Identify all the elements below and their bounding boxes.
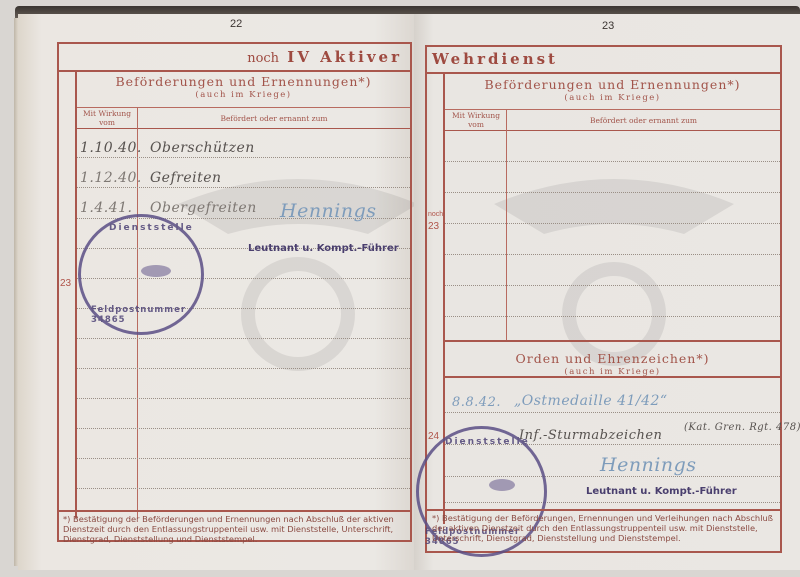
section-divider: [445, 340, 780, 342]
section-heading: Beförderungen und Ernennungen*) (auch im…: [445, 77, 780, 103]
row-line: [445, 223, 780, 224]
page-number: 23: [602, 20, 614, 32]
left-page: 22 noch IV Aktiver Beförderungen und Ern…: [18, 14, 414, 570]
title-divider: [57, 70, 412, 72]
header-prefix: noch: [247, 51, 279, 66]
margin-number: 24: [428, 431, 439, 442]
row-line: [445, 192, 780, 193]
row-line: [77, 368, 410, 369]
row-line: [445, 254, 780, 255]
section-title: Beförderungen und Ernennungen*): [445, 77, 780, 92]
col-header-date: Mit Wirkung vom: [445, 111, 507, 129]
margin-number: 23: [60, 278, 71, 289]
row-line: [77, 187, 410, 188]
page-header: noch IV Aktiver: [247, 48, 402, 66]
seal-top-text: Dienststelle: [109, 223, 194, 233]
awards-heading: Orden und Ehrenzeichen*) (auch im Kriege…: [445, 351, 780, 377]
row-line: [445, 285, 780, 286]
row-line: [77, 398, 410, 399]
rank-stamp: Leutnant u. Kompt.-Führer: [248, 243, 399, 254]
entry-rank: Oberschützen: [150, 140, 255, 156]
page-header-title: Wehrdienst: [432, 50, 558, 68]
section-heading: Beförderungen und Ernennungen*) (auch im…: [77, 74, 410, 100]
row-line: [77, 338, 410, 339]
awards-header-divider: [445, 376, 780, 378]
entry-rank: Gefreiten: [150, 170, 222, 186]
section-subtitle: (auch im Kriege): [445, 93, 780, 103]
margin-column-line: [75, 70, 77, 518]
footer-divider: [425, 509, 782, 511]
col-header-date-line2: vom: [445, 120, 507, 129]
row-line: [77, 428, 410, 429]
award-name: Inf.-Sturmabzeichen: [519, 428, 662, 443]
footer-divider: [57, 510, 412, 512]
entry-rank: Obergefreiten: [150, 200, 257, 216]
date-column-line: [506, 109, 507, 340]
award-name: „Ostmedaille 41/42“: [514, 393, 668, 409]
footnote: *) Bestätigung der Beförderungen und Ern…: [63, 514, 408, 544]
header-title: IV Aktiver: [287, 48, 402, 66]
section-title: Beförderungen und Ernennungen*): [77, 74, 410, 89]
signature: Hennings: [280, 200, 377, 222]
row-line: [445, 412, 780, 413]
entry-date: 1.12.40.: [80, 170, 142, 186]
margin-note: noch: [428, 211, 443, 218]
entry-date: 1.10.40.: [80, 140, 142, 156]
right-page: 23 Wehrdienst Beförderungen und Ernennun…: [414, 14, 800, 570]
award-date: 8.8.42.: [452, 395, 501, 410]
page-number: 22: [230, 18, 242, 30]
row-line: [77, 458, 410, 459]
eagle-emblem-icon: [141, 265, 171, 277]
col-header-date-line1: Mit Wirkung: [77, 109, 137, 118]
footnote: *) Bestätigung der Beförderungen, Ernenn…: [432, 513, 778, 543]
seal-top-text: Dienststelle: [445, 437, 530, 447]
col-header-rank: Befördert oder ernannt zum: [507, 116, 780, 125]
margin-number: 23: [428, 221, 439, 232]
row-line: [77, 157, 410, 158]
row-line: [77, 488, 410, 489]
seal-bottom-text: Feldpostnummer 34865: [91, 305, 201, 325]
col-header-date: Mit Wirkung vom: [77, 109, 137, 127]
row-line: [445, 161, 780, 162]
section-subtitle: (auch im Kriege): [77, 90, 410, 100]
official-seal: Dienststelle Feldpostnummer 34865: [78, 214, 204, 335]
signature: Hennings: [600, 454, 697, 476]
title-divider: [425, 72, 782, 74]
eagle-emblem-icon: [489, 479, 515, 491]
header-divider: [77, 128, 410, 129]
awards-title: Orden und Ehrenzeichen*): [445, 351, 780, 366]
row-line: [445, 316, 780, 317]
divider: [77, 107, 410, 108]
col-header-date-line1: Mit Wirkung: [445, 111, 507, 120]
col-header-date-line2: vom: [77, 118, 137, 127]
award-note: (Kat. Gren. Rgt. 478): [684, 422, 800, 433]
rank-stamp: Leutnant u. Kompt.-Führer: [586, 486, 737, 497]
divider: [445, 109, 780, 110]
col-header-rank: Befördert oder ernannt zum: [138, 114, 410, 123]
entry-date: 1.4.41.: [80, 200, 132, 216]
header-divider: [445, 130, 780, 131]
